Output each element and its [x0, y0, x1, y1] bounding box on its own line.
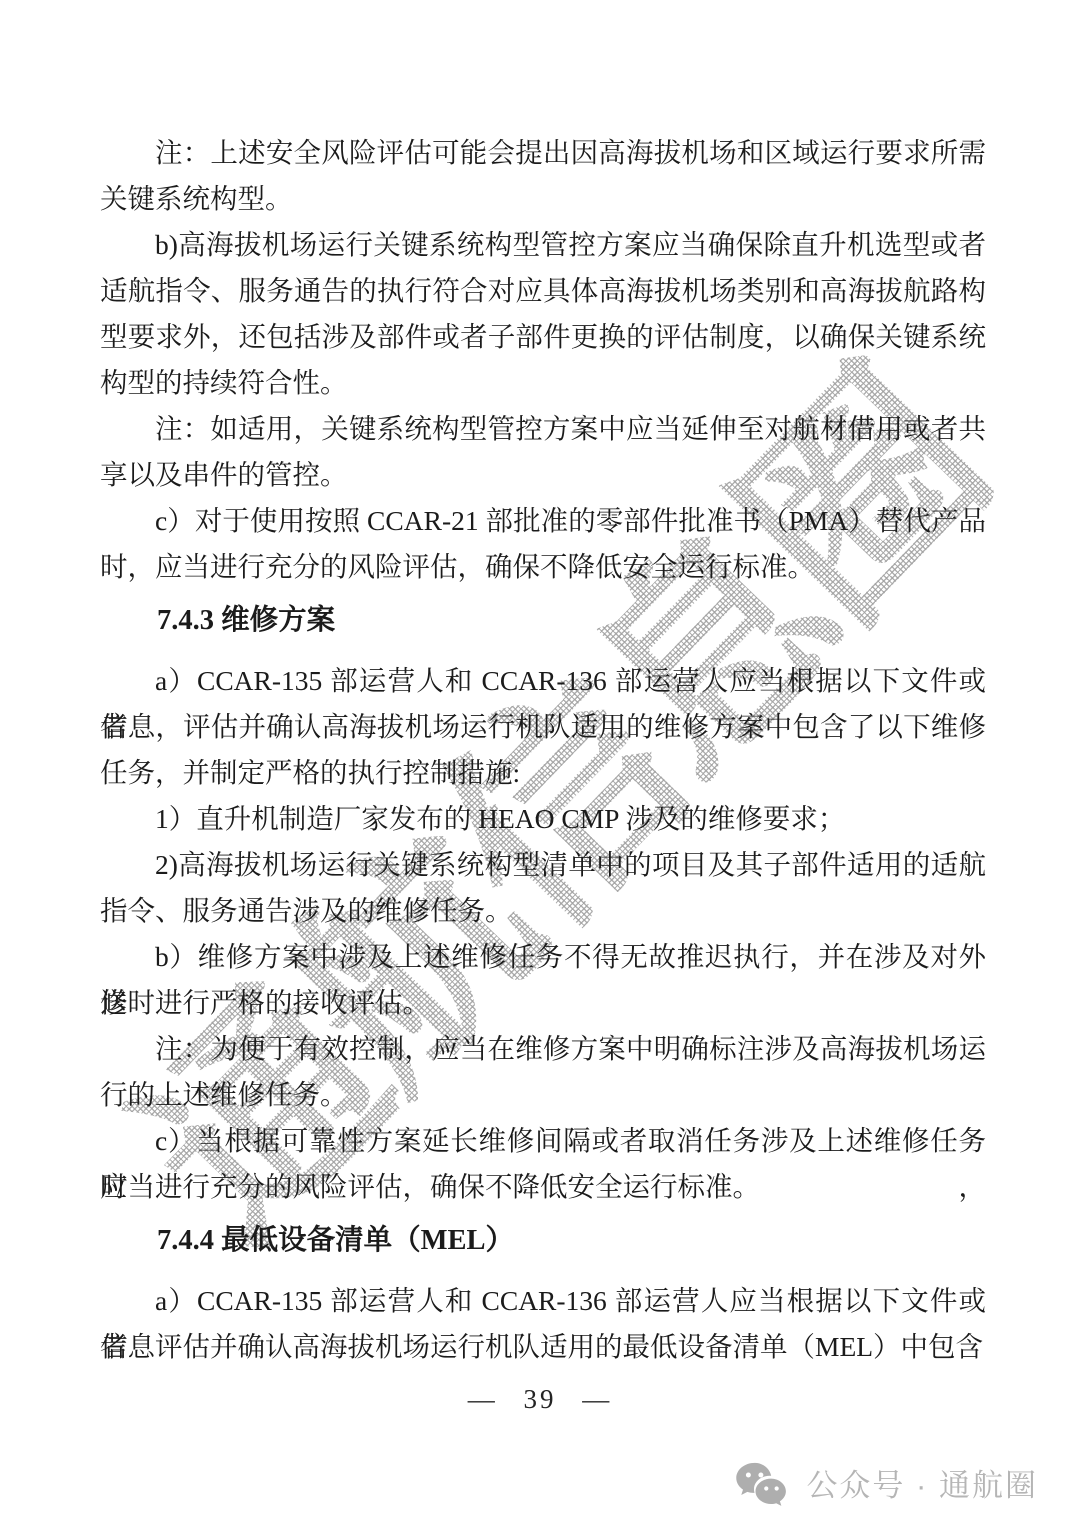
text-line: 适航指令、服务通告的执行符合对应具体高海拔机场类别和高海拔航路构 [100, 268, 986, 314]
text-line: 任务，并制定严格的执行控制措施: [100, 750, 986, 796]
text-line: 时，应当进行充分的风险评估，确保不降低安全运行标准。 [100, 544, 986, 590]
paragraph: a）CCAR-135 部运营人和 CCAR-136 部运营人应当根据以下文件或者… [100, 658, 986, 796]
section-heading: 7.4.4 最低设备清单（MEL） [100, 1218, 986, 1264]
text-line: 关键系统构型。 [100, 176, 986, 222]
text-line: b)高海拔机场运行关键系统构型管控方案应当确保除直升机选型或者 [100, 222, 986, 268]
text-line: 行的上述维修任务。 [100, 1072, 986, 1118]
paragraph: a）CCAR-135 部运营人和 CCAR-136 部运营人应当根据以下文件或者… [100, 1278, 986, 1370]
document-body: 注：上述安全风险评估可能会提出因高海拔机场和区域运行要求所需关键系统构型。b)高… [100, 130, 986, 1370]
heading-line: 7.4.3 维修方案 [100, 598, 986, 644]
text-line: 注：为便于有效控制，应当在维修方案中明确标注涉及高海拔机场运 [100, 1026, 986, 1072]
text-line: 指令、服务通告涉及的维修任务。 [100, 888, 986, 934]
text-line: 享以及串件的管控。 [100, 452, 986, 498]
text-line: 注：如适用，关键系统构型管控方案中应当延伸至对航材借用或者共 [100, 406, 986, 452]
text-line: 2)高海拔机场运行关键系统构型清单中的项目及其子部件适用的适航 [100, 842, 986, 888]
text-line: 1）直升机制造厂家发布的 HEAO CMP 涉及的维修要求； [100, 796, 986, 842]
text-line: b）维修方案中涉及上述维修任务不得无故推迟执行，并在涉及对外送 [100, 934, 986, 980]
page-number: — 39 — [0, 1384, 1080, 1415]
heading-line: 7.4.4 最低设备清单（MEL） [100, 1218, 986, 1264]
paragraph: 注：为便于有效控制，应当在维修方案中明确标注涉及高海拔机场运行的上述维修任务。 [100, 1026, 986, 1118]
text-line: a）CCAR-135 部运营人和 CCAR-136 部运营人应当根据以下文件或者 [100, 658, 986, 704]
paragraph: b)高海拔机场运行关键系统构型管控方案应当确保除直升机选型或者适航指令、服务通告… [100, 222, 986, 406]
text-line: 信息评估并确认高海拔机场运行机队适用的最低设备清单（MEL）中包含 [100, 1324, 986, 1370]
paragraph: c）当根据可靠性方案延长维修间隔或者取消任务涉及上述维修任务时，应当进行充分的风… [100, 1118, 986, 1210]
paragraph: b）维修方案中涉及上述维修任务不得无故推迟执行，并在涉及对外送修时进行严格的接收… [100, 934, 986, 1026]
page-root: { "page": { "background": "#ffffff", "pa… [0, 0, 1080, 1527]
paragraph: 注：如适用，关键系统构型管控方案中应当延伸至对航材借用或者共享以及串件的管控。 [100, 406, 986, 498]
paragraph: 2)高海拔机场运行关键系统构型清单中的项目及其子部件适用的适航指令、服务通告涉及… [100, 842, 986, 934]
text-line: c）对于使用按照 CCAR-21 部批准的零部件批准书（PMA）替代产品 [100, 498, 986, 544]
text-line: a）CCAR-135 部运营人和 CCAR-136 部运营人应当根据以下文件或者 [100, 1278, 986, 1324]
text-line: 信息，评估并确认高海拔机场运行机队适用的维修方案中包含了以下维修 [100, 704, 986, 750]
text-line: 注：上述安全风险评估可能会提出因高海拔机场和区域运行要求所需 [100, 130, 986, 176]
paragraph: c）对于使用按照 CCAR-21 部批准的零部件批准书（PMA）替代产品时，应当… [100, 498, 986, 590]
footer-brand: 公众号 · 通航圈 [734, 1460, 1038, 1512]
text-line: 型要求外，还包括涉及部件或者子部件更换的评估制度，以确保关键系统 [100, 314, 986, 360]
footer-label: 公众号 · 通航圈 [806, 1460, 1038, 1512]
text-line: c）当根据可靠性方案延长维修间隔或者取消任务涉及上述维修任务时， [100, 1118, 986, 1164]
text-line: 构型的持续符合性。 [100, 360, 986, 406]
section-heading: 7.4.3 维修方案 [100, 598, 986, 644]
paragraph: 注：上述安全风险评估可能会提出因高海拔机场和区域运行要求所需关键系统构型。 [100, 130, 986, 222]
paragraph: 1）直升机制造厂家发布的 HEAO CMP 涉及的维修要求； [100, 796, 986, 842]
wechat-icon [734, 1461, 792, 1511]
text-line: 修时进行严格的接收评估。 [100, 980, 986, 1026]
